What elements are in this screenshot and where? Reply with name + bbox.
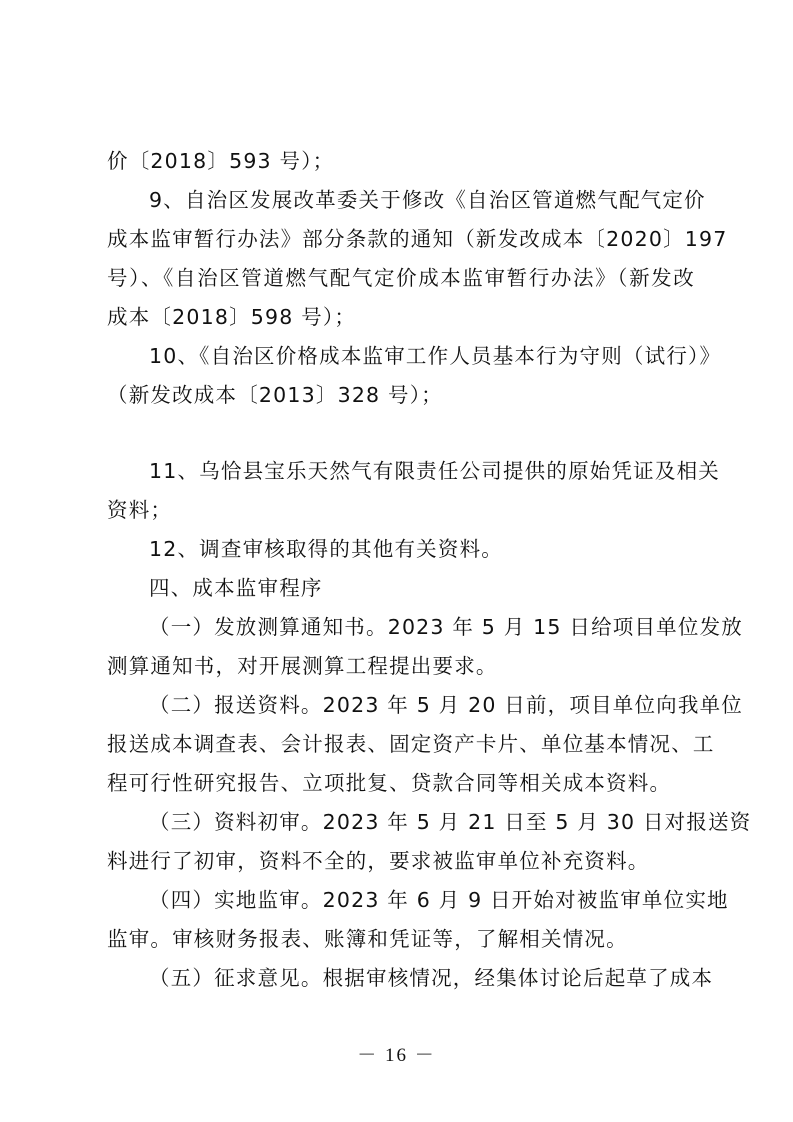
- text-line: （一）发放测算通知书。2023 年 5 月 15 日给项目单位发放: [107, 608, 695, 647]
- text-line: 9、自治区发展改革委关于修改《自治区管道燃气配气定价: [107, 181, 695, 220]
- text-line: 程可行性研究报告、立项批复、贷款合同等相关成本资料。: [107, 764, 695, 803]
- page-number: － 16 －: [0, 1040, 793, 1067]
- text-line: 料进行了初审，资料不全的，要求被监审单位补充资料。: [107, 842, 695, 881]
- text-line: 测算通知书，对开展测算工程提出要求。: [107, 647, 695, 686]
- text-line: 四、成本监审程序: [107, 569, 695, 608]
- text-line: （新发改成本〔2013〕328 号）；: [107, 376, 695, 415]
- text-line: 监审。审核财务报表、账簿和凭证等，了解相关情况。: [107, 920, 695, 959]
- paragraph-gap: [107, 415, 695, 452]
- text-line: 价〔2018〕593 号）；: [107, 142, 695, 181]
- text-line: （二）报送资料。2023 年 5 月 20 日前，项目单位向我单位: [107, 686, 695, 725]
- text-line: 号）、《自治区管道燃气配气定价成本监审暂行办法》（新发改: [107, 259, 695, 298]
- text-line: （三）资料初审。2023 年 5 月 21 日至 5 月 30 日对报送资: [107, 803, 695, 842]
- text-line: 资料；: [107, 491, 695, 530]
- text-line: 12、调查审核取得的其他有关资料。: [107, 530, 695, 569]
- text-line: （五）征求意见。根据审核情况，经集体讨论后起草了成本: [107, 959, 695, 998]
- text-line: （四）实地监审。2023 年 6 月 9 日开始对被监审单位实地: [107, 881, 695, 920]
- text-line: 报送成本调查表、会计报表、固定资产卡片、单位基本情况、工: [107, 725, 695, 764]
- text-line: 成本〔2018〕598 号）；: [107, 298, 695, 337]
- text-line: 10、《自治区价格成本监审工作人员基本行为守则（试行）》: [107, 337, 695, 376]
- text-line: 成本监审暂行办法》部分条款的通知（新发改成本〔2020〕197: [107, 220, 695, 259]
- text-line: 11、乌恰县宝乐天然气有限责任公司提供的原始凭证及相关: [107, 452, 695, 491]
- document-body: 价〔2018〕593 号）；9、自治区发展改革委关于修改《自治区管道燃气配气定价…: [107, 142, 695, 998]
